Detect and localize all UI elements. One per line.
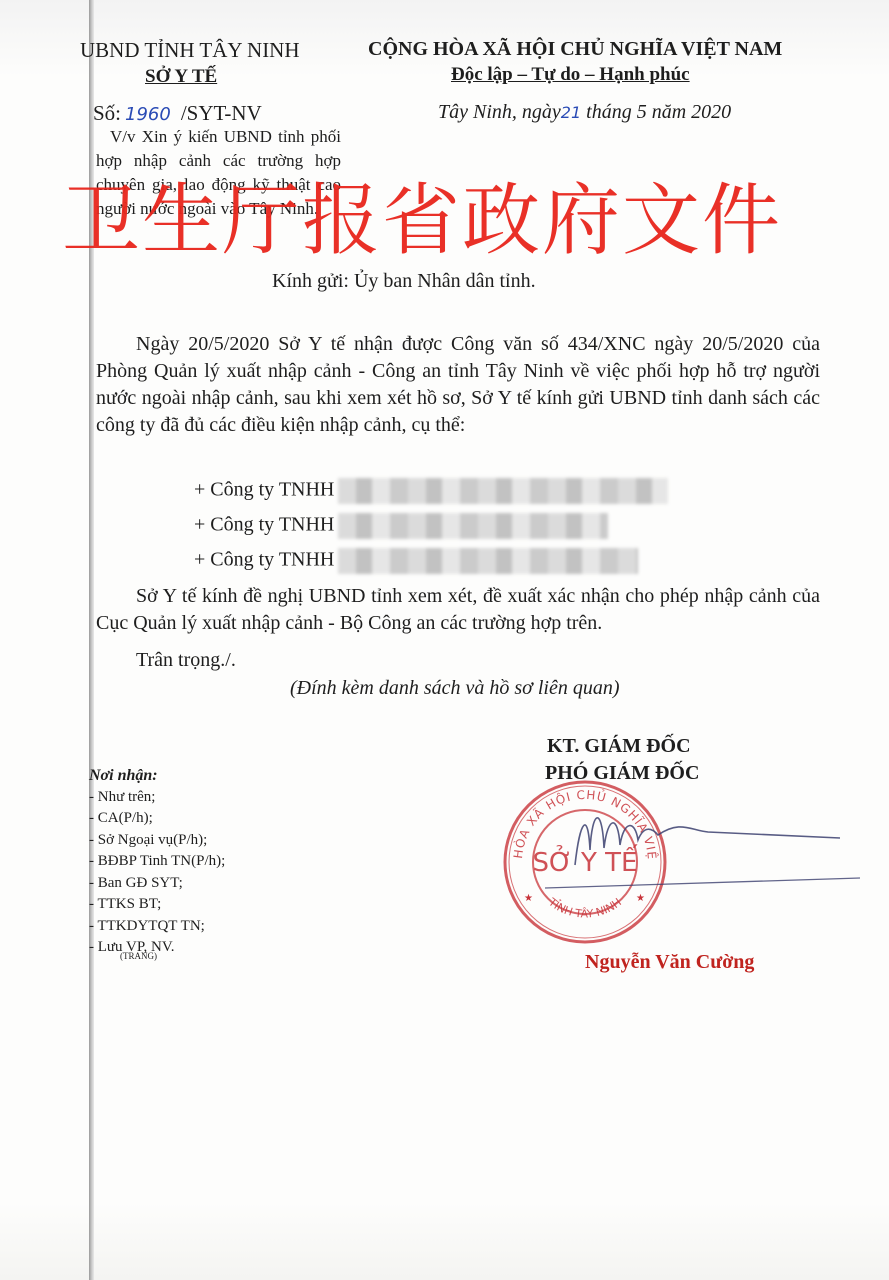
recipient-item: TTKS BT; [89,894,225,916]
recipient-item: BĐBP Tinh TN(P/h); [89,851,225,873]
recipient-item: CA(P/h); [89,808,225,830]
overlay-caption: 卫生厅报省政府文件 [62,158,782,270]
company-item: + Công ty TNHH [194,548,638,574]
body-paragraph-2: Sở Y tế kính đề nghị UBND tỉnh xem xét, … [96,583,820,637]
svg-text:★: ★ [524,893,533,904]
recipient-item: Như trên; [89,787,225,809]
redacted-name [338,478,668,504]
national-title: CỘNG HÒA XÃ HỘI CHỦ NGHĨA VIỆT NAM [368,38,782,61]
redacted-name [338,548,638,574]
handwritten-day: 21 [561,103,581,122]
attachment-note: (Đính kèm danh sách và hồ sơ liên quan) [290,677,620,700]
closing: Trân trọng./. [136,649,236,672]
addressee-line: Kính gửi: Ủy ban Nhân dân tỉnh. [272,270,536,293]
body-paragraph-1: Ngày 20/5/2020 Sở Y tế nhận được Công vă… [96,331,820,439]
agency-name: SỞ Y TẾ [145,66,217,88]
typist-note: (TRANG) [120,951,157,961]
svg-text:TỈNH TÂY NINH: TỈNH TÂY NINH [545,895,624,921]
agency-parent: UBND TỈNH TÂY NINH [80,38,300,63]
recipient-item: Ban GĐ SYT; [89,873,225,895]
signature-title-1: KT. GIÁM ĐỐC [547,735,691,758]
recipient-list-title: Nơi nhận: [89,765,225,787]
company-item: + Công ty TNHH [194,478,668,504]
national-motto: Độc lập – Tự do – Hạnh phúc [451,64,690,86]
handwritten-signature-icon [540,790,870,890]
recipient-item: TTKDYTQT TN; [89,916,225,938]
recipient-list: Nơi nhận: Như trên; CA(P/h); Sở Ngoại vụ… [89,765,225,959]
svg-text:★: ★ [636,893,645,904]
document-number: Số:1960/SYT-NV [93,101,262,126]
company-item: + Công ty TNHH [194,513,608,539]
handwritten-number: 1960 [125,104,171,125]
redacted-name [338,513,608,539]
signer-name: Nguyễn Văn Cường [585,951,754,974]
recipient-item: Lưu VP, NV. [89,937,225,959]
recipient-item: Sở Ngoại vụ(P/h); [89,830,225,852]
document-date: Tây Ninh, ngày21 tháng 5 năm 2020 [438,101,731,124]
